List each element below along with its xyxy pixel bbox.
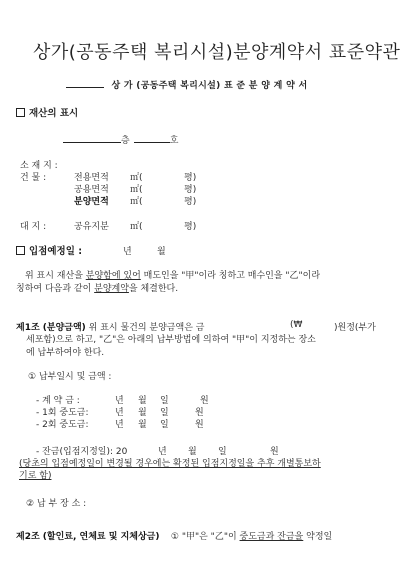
intro-line-1: 위 표시 재산을 분양함에 있어 매도인을 "甲"이라 칭하고 매수인을 "乙"… <box>25 268 320 281</box>
section-heading-property: 재산의 표시 <box>16 105 78 119</box>
balance-note-line2: 기로 함) <box>19 468 51 481</box>
document-subtitle: 상 가 (공동주택 복리시설) 표 준 분 양 계 약 서 <box>66 78 308 91</box>
article1-line3: 에 납부하여야 한다. <box>26 345 104 358</box>
payment-place-item: ② 납 부 장 소 : <box>26 496 86 509</box>
area-row-sale: 분양면적 <box>74 194 109 207</box>
area-row-land-share: 공유지분 <box>74 219 109 232</box>
land-label: 대 지 : <box>20 219 46 232</box>
balance-note-line1: (당초의 입점예정일이 변경될 경우에는 확정된 입점지정일을 추후 개별통보하 <box>19 456 321 469</box>
payment-row-interim-2: - 2회 중도금: <box>36 417 89 430</box>
floor-unit-line: 층호 <box>63 133 178 146</box>
building-label: 건 물 : <box>20 170 46 183</box>
checkbox-square-icon <box>16 108 25 117</box>
document-title: 상가(공동주택 복리시설)분양계약서 표준약관 <box>33 38 400 64</box>
article1-line2: 세포함)으로 하고, "乙"은 아래의 납부방법에 의하여 "甲"이 지정하는 … <box>26 332 316 345</box>
intro-line-2: 칭하여 다음과 같이 분양계약을 체결한다. <box>16 281 178 294</box>
article2-line1: 제2조 (할인료, 연체료 및 지체상금) ① "甲"은 "乙"이 중도금과 잔… <box>16 529 332 542</box>
checkbox-square-icon <box>16 246 25 255</box>
payment-item-header: ① 납부일시 및 금액 : <box>28 369 111 382</box>
blank-line <box>66 87 104 88</box>
section-heading-move-in: 입점예정일 : <box>16 243 82 257</box>
